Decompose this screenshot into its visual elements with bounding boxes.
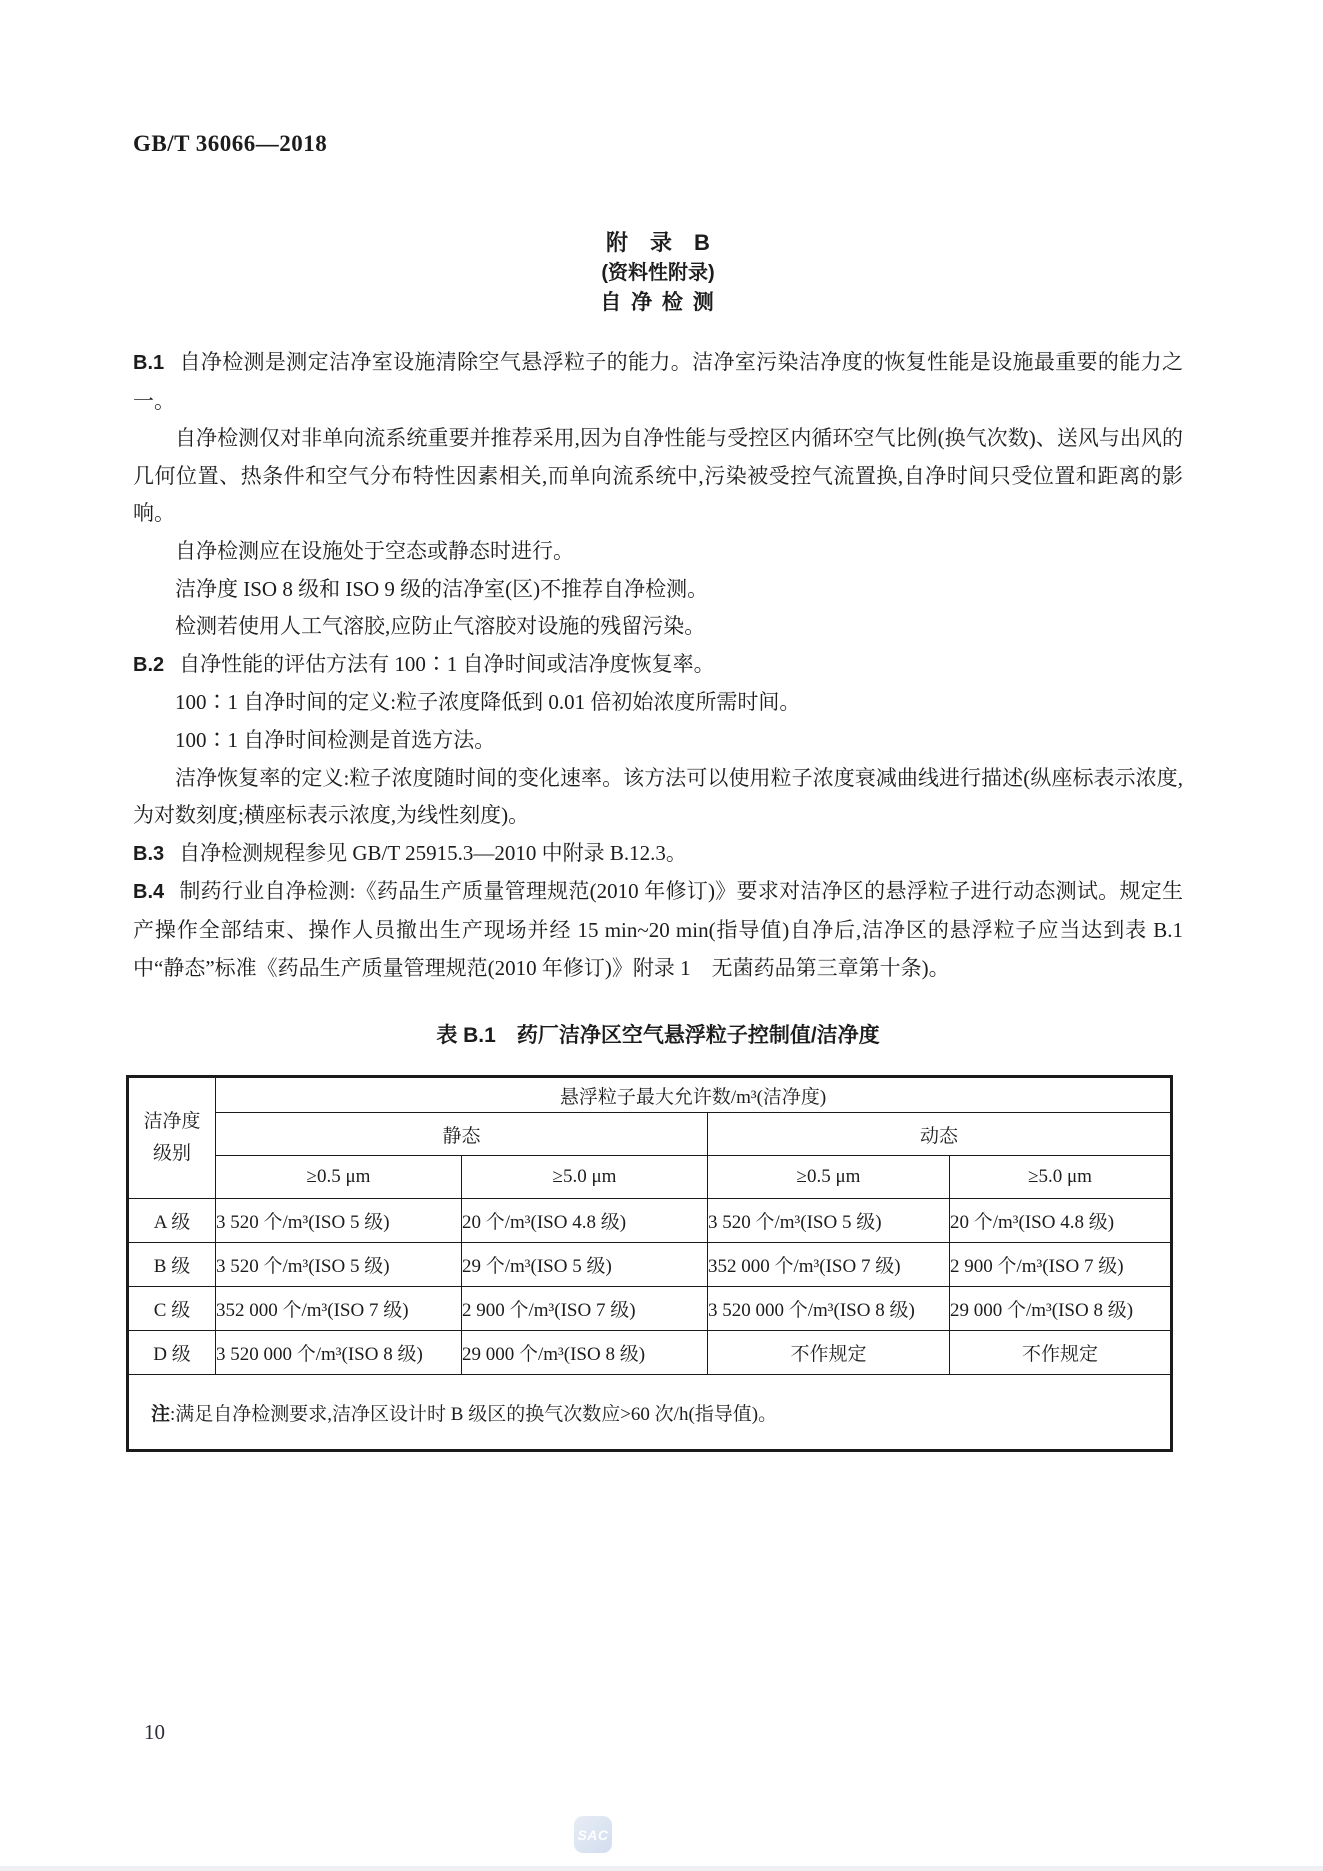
paragraph-text: 洁净恢复率的定义:粒子浓度随时间的变化速率。该方法可以使用粒子浓度衰减曲线进行描… — [133, 766, 1183, 828]
cell: 2 900 个/m³(ISO 7 级) — [950, 1243, 1172, 1287]
table-row-header: 洁净度 级别 — [128, 1077, 216, 1199]
cell: 29 000 个/m³(ISO 8 级) — [950, 1287, 1172, 1331]
sac-logo-text: SAC — [577, 1827, 608, 1843]
paragraph: 100∶1 自净时间检测是首选方法。 — [133, 722, 1183, 760]
grade-label: B 级 — [128, 1243, 216, 1287]
sac-logo: SAC — [574, 1816, 612, 1853]
table-caption: 表 B.1 药厂洁净区空气悬浮粒子控制值/洁净度 — [133, 1021, 1183, 1051]
note-text: :满足自净检测要求,洁净区设计时 B 级区的换气次数应>60 次/h(指导值)。 — [170, 1404, 777, 1425]
cell: 20 个/m³(ISO 4.8 级) — [950, 1199, 1172, 1243]
cell: 不作规定 — [708, 1331, 950, 1375]
paragraph: 100∶1 自净时间的定义:粒子浓度降低到 0.01 倍初始浓度所需时间。 — [133, 684, 1183, 722]
cell: 352 000 个/m³(ISO 7 级) — [708, 1243, 950, 1287]
table-row-grade-b: B 级 3 520 个/m³(ISO 5 级) 29 个/m³(ISO 5 级)… — [128, 1243, 1172, 1287]
paragraph-text: 自净检测是测定洁净室设施清除空气悬浮粒子的能力。洁净室污染洁净度的恢复性能是设施… — [133, 350, 1183, 413]
paragraph: 洁净恢复率的定义:粒子浓度随时间的变化速率。该方法可以使用粒子浓度衰减曲线进行描… — [133, 760, 1183, 835]
paragraph-text: 洁净度 ISO 8 级和 ISO 9 级的洁净室(区)不推荐自净检测。 — [175, 577, 708, 601]
paragraph-text: 100∶1 自净时间的定义:粒子浓度降低到 0.01 倍初始浓度所需时间。 — [175, 690, 800, 714]
table-note: 注:满足自净检测要求,洁净区设计时 B 级区的换气次数应>60 次/h(指导值)… — [128, 1375, 1172, 1451]
paragraph: 检测若使用人工气溶胶,应防止气溶胶对设施的残留污染。 — [133, 608, 1183, 646]
table-span-header: 悬浮粒子最大允许数/m³(洁净度) — [216, 1077, 1172, 1113]
paragraph-text: 自净检测规程参见 GB/T 25915.3—2010 中附录 B.12.3。 — [179, 841, 687, 865]
page-bottom-edge — [0, 1866, 1323, 1871]
page-number: 10 — [144, 1720, 165, 1745]
paragraph: 自净检测仅对非单向流系统重要并推荐采用,因为自净性能与受控区内循环空气比例(换气… — [133, 420, 1183, 533]
clause-label-b4: B.4 — [133, 881, 164, 903]
row-header-line2: 级别 — [129, 1138, 215, 1170]
cell: 29 000 个/m³(ISO 8 级) — [462, 1331, 708, 1375]
cell: 3 520 个/m³(ISO 5 级) — [708, 1199, 950, 1243]
paragraph-b1: B.1自净检测是测定洁净室设施清除空气悬浮粒子的能力。洁净室污染洁净度的恢复性能… — [133, 344, 1183, 420]
paragraph-text: 自净检测应在设施处于空态或静态时进行。 — [175, 539, 574, 563]
size-header: ≥0.5 μm — [216, 1156, 462, 1199]
document-page: GB/T 36066—2018 附 录 B (资料性附录) 自 净 检 测 B.… — [0, 0, 1323, 1871]
grade-label: A 级 — [128, 1199, 216, 1243]
row-header-line1: 洁净度 — [129, 1106, 215, 1138]
size-header: ≥5.0 μm — [462, 1156, 708, 1199]
cell: 3 520 000 个/m³(ISO 8 级) — [216, 1331, 462, 1375]
clause-label-b2: B.2 — [133, 654, 164, 676]
cell: 3 520 000 个/m³(ISO 8 级) — [708, 1287, 950, 1331]
table-row-grade-d: D 级 3 520 000 个/m³(ISO 8 级) 29 000 个/m³(… — [128, 1331, 1172, 1375]
grade-label: C 级 — [128, 1287, 216, 1331]
appendix-heading: 自 净 检 测 — [133, 288, 1183, 318]
grade-label: D 级 — [128, 1331, 216, 1375]
appendix-subtitle: (资料性附录) — [133, 258, 1183, 288]
paragraph-text: 自净性能的评估方法有 100∶1 自净时间或洁净度恢复率。 — [179, 652, 715, 676]
table-row-grade-c: C 级 352 000 个/m³(ISO 7 级) 2 900 个/m³(ISO… — [128, 1287, 1172, 1331]
table-row-grade-a: A 级 3 520 个/m³(ISO 5 级) 20 个/m³(ISO 4.8 … — [128, 1199, 1172, 1243]
cell: 3 520 个/m³(ISO 5 级) — [216, 1243, 462, 1287]
paragraph-text: 100∶1 自净时间检测是首选方法。 — [175, 728, 495, 752]
size-header: ≥0.5 μm — [708, 1156, 950, 1199]
cell: 20 个/m³(ISO 4.8 级) — [462, 1199, 708, 1243]
paragraph-text: 自净检测仅对非单向流系统重要并推荐采用,因为自净性能与受控区内循环空气比例(换气… — [133, 426, 1183, 525]
cell: 不作规定 — [950, 1331, 1172, 1375]
cell: 29 个/m³(ISO 5 级) — [462, 1243, 708, 1287]
cell: 352 000 个/m³(ISO 7 级) — [216, 1287, 462, 1331]
cleanliness-table: 洁净度 级别 悬浮粒子最大允许数/m³(洁净度) 静态 动态 ≥0.5 μm ≥… — [126, 1075, 1173, 1452]
paragraph-text: 检测若使用人工气溶胶,应防止气溶胶对设施的残留污染。 — [175, 614, 705, 638]
paragraph-b2: B.2自净性能的评估方法有 100∶1 自净时间或洁净度恢复率。 — [133, 646, 1183, 685]
paragraph-b4: B.4制药行业自净检测:《药品生产质量管理规范(2010 年修订)》要求对洁净区… — [133, 873, 1183, 987]
body-text: B.1自净检测是测定洁净室设施清除空气悬浮粒子的能力。洁净室污染洁净度的恢复性能… — [133, 344, 1183, 987]
cell: 3 520 个/m³(ISO 5 级) — [216, 1199, 462, 1243]
size-header: ≥5.0 μm — [950, 1156, 1172, 1199]
state-header-static: 静态 — [216, 1113, 708, 1156]
appendix-title: 附 录 B — [133, 228, 1183, 258]
clause-label-b3: B.3 — [133, 843, 164, 865]
clause-label-b1: B.1 — [133, 352, 164, 374]
paragraph: 自净检测应在设施处于空态或静态时进行。 — [133, 533, 1183, 571]
cell: 2 900 个/m³(ISO 7 级) — [462, 1287, 708, 1331]
page-content: 附 录 B (资料性附录) 自 净 检 测 B.1自净检测是测定洁净室设施清除空… — [133, 228, 1183, 1452]
doc-number: GB/T 36066—2018 — [133, 131, 327, 157]
paragraph-b3: B.3自净检测规程参见 GB/T 25915.3—2010 中附录 B.12.3… — [133, 835, 1183, 874]
paragraph: 洁净度 ISO 8 级和 ISO 9 级的洁净室(区)不推荐自净检测。 — [133, 571, 1183, 609]
paragraph-text: 制药行业自净检测:《药品生产质量管理规范(2010 年修订)》要求对洁净区的悬浮… — [133, 879, 1183, 979]
state-header-dynamic: 动态 — [708, 1113, 1172, 1156]
note-label: 注 — [151, 1404, 170, 1425]
